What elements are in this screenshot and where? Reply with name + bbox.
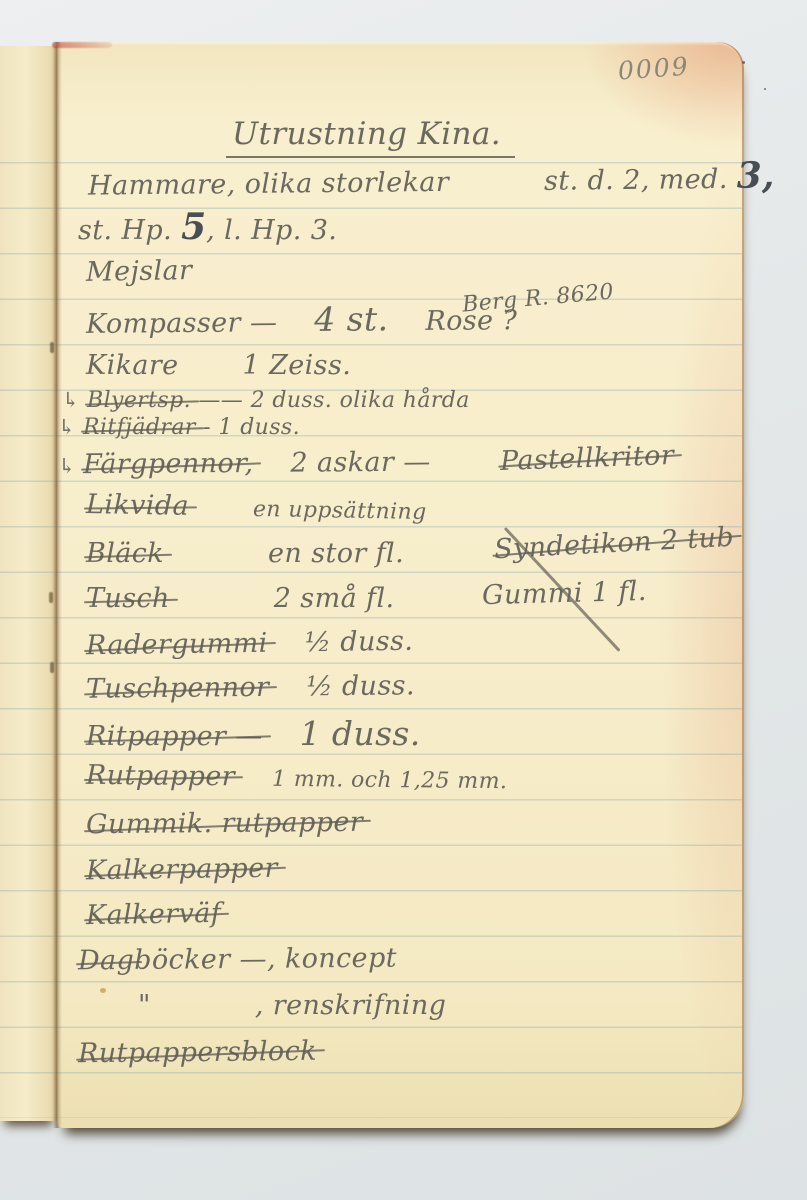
item-likvida: Likvida [86, 489, 190, 522]
item-hammare: Hammare, olika storlekar [88, 167, 449, 202]
list-item: ↳Färgpennor, 2 askar — [58, 447, 431, 481]
hp-note-number: 5 [181, 206, 206, 248]
item-kompasser-qty: 4 st. [314, 299, 389, 339]
item-kikare-qty: 1 Zeiss. [243, 350, 352, 381]
binding-stitch [50, 662, 54, 673]
check-mark-icon: ↳ [62, 388, 80, 412]
item-hammare-detail: st. d. 2, med. [544, 164, 728, 197]
item-gummi: Gummi 1 fl. [482, 576, 648, 611]
hp-note-a: st. Hp. [78, 215, 172, 246]
list-item: " , renskrifning [138, 990, 446, 1021]
item-gummik-rutpapper: Gummik. rutpapper [86, 807, 363, 840]
item-ritpapper: Ritpapper — [86, 721, 263, 752]
list-item: ↳Blyertsp. —— 2 duss. olika hårda [62, 388, 470, 413]
item-kompasser-query: Rose ? [425, 305, 517, 337]
item-hammare-number: 3, [736, 154, 774, 196]
item-tuschpennor: Tuschpennor [86, 672, 270, 705]
item-fargpennor: Färgpennor, [83, 448, 254, 480]
list-item: ↳Ritfjädrar - 1 duss. [58, 415, 300, 440]
list-item: Radergummi ½ duss. [86, 626, 414, 662]
item-blyertsp-qty: —— 2 duss. olika hårda [198, 388, 469, 413]
list-item: Rutpappersblock [78, 1036, 317, 1070]
scanned-notebook-page: 0009 Utrustning Kina. Hammare, olika sto… [0, 0, 807, 1200]
ditto-mark: " [138, 990, 151, 1021]
list-item: Bläck en stor fl. [86, 538, 404, 569]
item-radergummi-qty: ½ duss. [304, 626, 413, 659]
item-radergummi: Radergummi [86, 628, 268, 662]
hp-note-b: , l. Hp. 3. [206, 215, 337, 246]
item-black-qty: en stor fl. [268, 538, 404, 569]
list-item: Mejslar [86, 255, 193, 288]
list-item: Ritpapper — 1 duss. [86, 714, 421, 753]
previous-page-edge [0, 46, 57, 1121]
page-title: Utrustning Kina. [226, 116, 515, 158]
item-tuschpennor-qty: ½ duss. [306, 670, 415, 702]
item-ritpapper-qty: 1 duss. [300, 714, 421, 753]
margin-entry: Gummi 1 fl. [482, 576, 648, 611]
list-item: Tuschpennor ½ duss. [86, 670, 415, 704]
item-fargpennor-qty: 2 askar — [290, 447, 430, 479]
list-item: Kikare 1 Zeiss. [86, 350, 351, 381]
red-edge-smudge [52, 42, 112, 48]
item-pastellkritor: Pastellkritor [500, 440, 675, 477]
item-tusch: Tusch [86, 583, 170, 614]
item-rutpappersblock: Rutpappersblock [78, 1036, 317, 1070]
item-blyertsp: Blyertsp. [87, 388, 191, 413]
item-kalkervaf: Kalkerväf [86, 898, 222, 931]
item-kikare: Kikare [86, 350, 179, 381]
item-tusch-qty: 2 små fl. [274, 583, 395, 614]
item-dagbocker: böcker —, koncept [134, 943, 397, 976]
item-kalkerpapper: Kalkerpapper [86, 853, 278, 887]
list-item: Tusch 2 små fl. [86, 583, 394, 614]
item-ritfjadrar-qty: - 1 duss. [203, 415, 300, 440]
list-item: Gummik. rutpapper [86, 807, 363, 840]
title-row: Utrustning Kina. [226, 116, 515, 152]
check-mark-icon: ↳ [58, 454, 76, 478]
item-dag-prefix: Dag [78, 945, 135, 976]
list-item: Dagböcker —, koncept [78, 943, 397, 977]
dust-speck [764, 88, 766, 90]
dust-speck [742, 61, 745, 64]
list-item: Kompasser — 4 st. Rose ? [86, 298, 518, 341]
item-renskrifning: , renskrifning [255, 990, 447, 1021]
item-rutpapper: Rutpapper [86, 760, 235, 793]
item-likvida-qty: en uppsättning [253, 497, 427, 525]
binding-gutter [53, 42, 62, 1128]
paper-stain [100, 988, 106, 993]
margin-entry: Pastellkritor [500, 440, 675, 477]
item-kompasser: Kompasser — [86, 307, 278, 340]
list-item: Likvida en uppsättning [86, 489, 427, 526]
list-item: Hammare, olika storlekarst. d. 2, med. 3… [88, 154, 775, 203]
binding-stitch [49, 592, 53, 603]
item-mejslar: Mejslar [86, 255, 193, 288]
list-item: Kalkerväf [86, 898, 222, 931]
list-item: Rutpapper 1 mm. och 1,25 mm. [86, 760, 508, 795]
scan-page-number: 0009 [617, 52, 690, 86]
check-mark-icon: ↳ [58, 415, 76, 439]
item-black: Bläck [86, 538, 164, 569]
item-rutpapper-qty: 1 mm. och 1,25 mm. [272, 767, 508, 794]
binding-stitch [50, 342, 54, 353]
item-ritfjadrar: Ritfjädrar [83, 415, 196, 440]
list-item: Kalkerpapper [86, 853, 278, 887]
list-item: st. Hp. 5, l. Hp. 3. [78, 206, 337, 248]
